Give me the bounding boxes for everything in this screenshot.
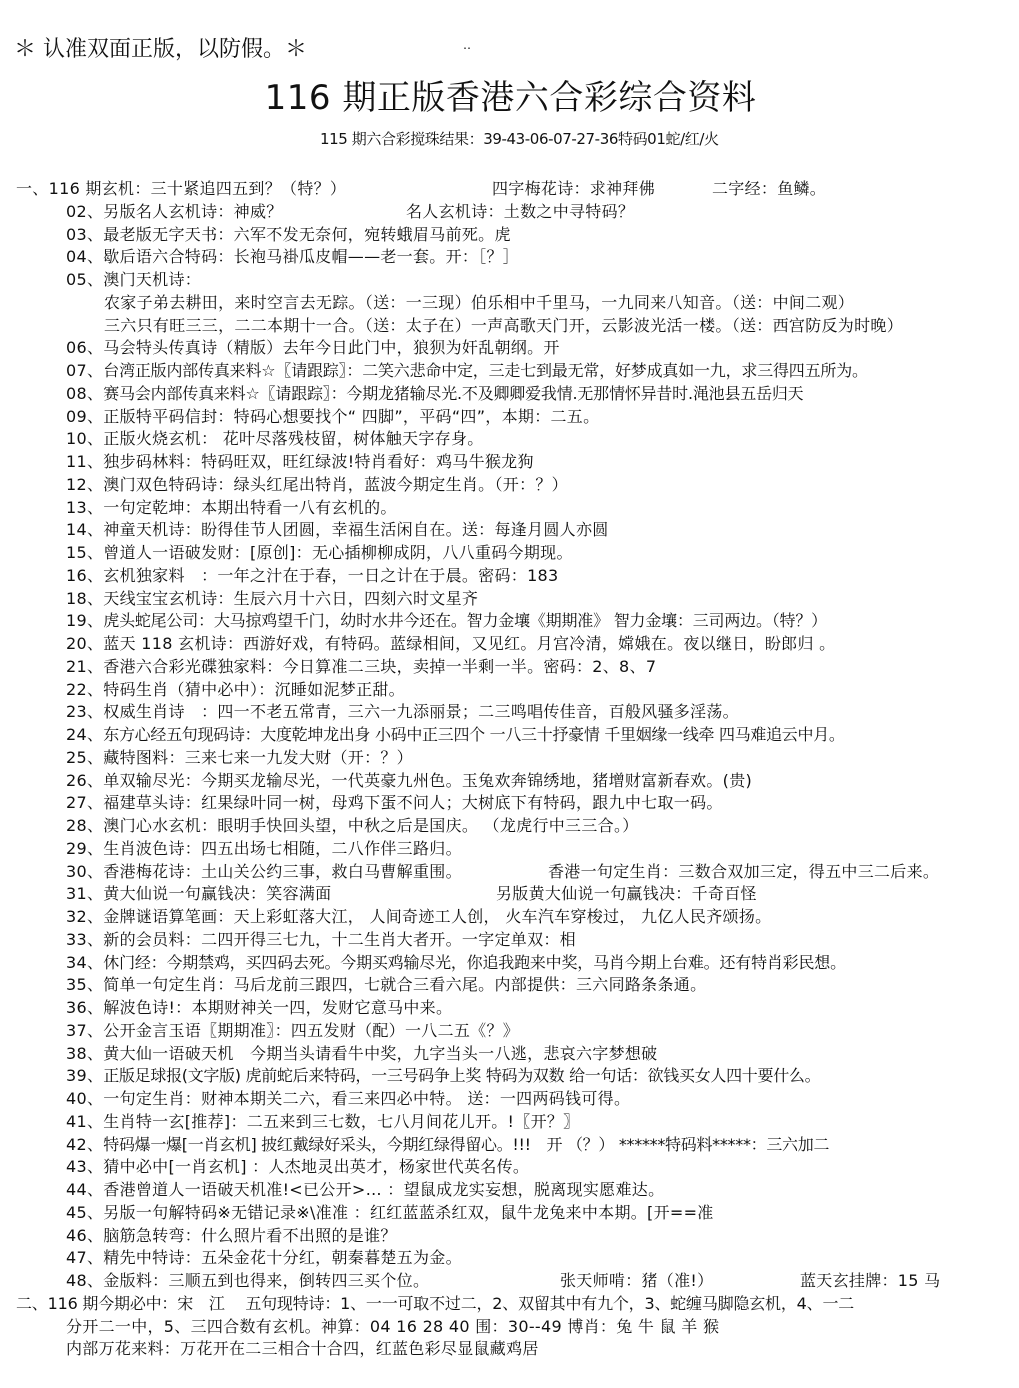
item-number: 07、: [66, 361, 103, 380]
list-item: 13、一句定乾坤：本期出特看一八有玄机的。: [0, 497, 1019, 520]
list-item: 45、另版一句解特码※无错记录※\准准 ：红红蓝蓝杀红双，鼠牛龙兔来中本期。[开…: [0, 1202, 1019, 1225]
list-item: 42、特码爆一爆[一肖玄机] 披红戴绿好采头，今期红绿得留心。!!! 开 （？）…: [0, 1134, 1019, 1157]
list-item: 06、马会特头传真诗（精版）去年今日此门中，狼狈为奸乱朝纲。开: [0, 337, 1019, 360]
content-body: 一、116 期玄机：三十紧追四五到？（特？） 四字梅花诗：求神拜佛 二字经：鱼鳞…: [0, 178, 1019, 1361]
item-text: 赛马会内部传真来料☆〖请跟踪〗：今期龙猪输尽光.不及卿卿爱我情.无那情怀异昔时.…: [103, 384, 803, 403]
list-item: 33、新的会员料：二四开得三七九，十二生肖大者开。一字定单双：相: [0, 929, 1019, 952]
item-number: 35、: [66, 975, 103, 994]
section-1-first-line: 一、116 期玄机：三十紧追四五到？（特？） 四字梅花诗：求神拜佛 二字经：鱼鳞…: [0, 178, 1019, 201]
item-number: 13、: [66, 498, 103, 517]
item-text: 最老版无字天书：六军不发无奈何，宛转蛾眉马前死。虎: [103, 225, 511, 244]
item-number: 41、: [66, 1112, 103, 1131]
item-text: 歇后语六合特码：长袍马褂瓜皮帽——老一套。开：［？］: [103, 247, 519, 266]
section-2-first-line: 二、116 期今期必中：宋 江 五句现特诗：1、一一可取不过二，2、双留其中有九…: [0, 1293, 1019, 1316]
list-item: 20、蓝天 118 玄机诗：西游好戏，有特码。蓝绿相间，又见红。月宫冷清，嫦娥在…: [0, 633, 1019, 656]
item-number: 24、: [66, 725, 103, 744]
item-extra: 张天师啃：猪（准!）: [560, 1270, 713, 1293]
last-draw-result: 115 期六合彩搅珠结果：39-43-06-07-27-36特码01蛇/红/火: [320, 128, 719, 149]
item-text: 一句定生肖：财神本期关二六，看三来四必中特。 送：一四两码钱可得。: [103, 1089, 630, 1108]
item-number: 45、: [66, 1203, 103, 1222]
item-text: 藏特图料：三来七来一九发大财（开：？）: [103, 748, 413, 767]
item-text: 天线宝宝玄机诗：生辰六月十六日，四刻六时文星齐: [103, 589, 478, 608]
item-text: 正版特平码信封：特码心想要找个“ 四脚”，平码“四”，本期：二五。: [103, 407, 599, 426]
list-item: 12、澳门双色特码诗：绿头红尾出特肖，蓝波今期定生肖。（开：？）: [0, 474, 1019, 497]
item-number: 27、: [66, 793, 103, 812]
item-number: 26、: [66, 771, 103, 790]
item-text: 香港梅花诗：土山关公约三事，救白马曹解重围。: [103, 862, 462, 881]
item-number: 18、: [66, 589, 103, 608]
item-number: 19、: [66, 611, 103, 630]
list-item: 23、权威生肖诗 ：四一不老五常青，三六一九添丽景；二三鸣唱传佳音，百般风骚多淫…: [0, 701, 1019, 724]
list-item: 03、最老版无字天书：六军不发无奈何，宛转蛾眉马前死。虎: [0, 224, 1019, 247]
decorative-dots: ‥: [463, 38, 471, 52]
item-extra: 另版黄大仙说一句赢钱决：千奇百怪: [496, 883, 757, 906]
item-text: 虎头蛇尾公司：大马掠鸡望千门，幼时水井今还在。智力金壤《期期准》 智力金壤：三司…: [103, 611, 827, 630]
item-text: 玄机独家料 ：一年之汁在于春，一日之计在于晨。密码：183: [103, 566, 558, 585]
item-number: 22、: [66, 680, 103, 699]
item-text: 另版一句解特码※无错记录※\准准 ：红红蓝蓝杀红双，鼠牛龙兔来中本期。[开==准: [103, 1203, 713, 1222]
list-item: 16、玄机独家料 ：一年之汁在于春，一日之计在于晨。密码：183: [0, 565, 1019, 588]
item-extra: 香港一句定生肖：三数合双加三定，得五中三二后来。: [548, 861, 939, 884]
item-number: 25、: [66, 748, 103, 767]
item-text: 神童天机诗：盼得佳节人团圆，幸福生活闲自在。送：每逢月圆人亦圆: [103, 520, 608, 539]
item-text: 特码爆一爆[一肖玄机] 披红戴绿好采头，今期红绿得留心。!!! 开 （？） **…: [103, 1135, 829, 1154]
list-item: 11、独步码林料：特码旺双，旺红绿波!特肖看好：鸡马牛猴龙狗: [0, 451, 1019, 474]
item-text: 生肖波色诗：四五出场七相随，二八作伴三路归。: [103, 839, 462, 858]
list-item: 25、藏特图料：三来七来一九发大财（开：？）: [0, 747, 1019, 770]
item-number: 15、: [66, 543, 103, 562]
item-number: 05、: [66, 270, 103, 289]
anti-counterfeit-notice: ＊ 认准双面正版，以防假。＊: [14, 32, 307, 63]
poem-line: 农家子弟去耕田，来时空言去无踪。（送：一三现）伯乐相中千里马，一九同来八知音。（…: [0, 292, 1019, 315]
item-number: 08、: [66, 384, 103, 403]
section-2-label: 二、: [16, 1294, 48, 1313]
list-item: 10、正版火烧玄机： 花叶尽落残枝留，树体触天字存身。: [0, 428, 1019, 451]
list-item: 41、生肖特一玄[推荐]：二五来到三七数，七八月间花儿开。!〖开？〗: [0, 1111, 1019, 1134]
item-text: 金版料：三顺五到也得来，倒转四三买个位。: [103, 1271, 429, 1290]
plum-blossom-poem: 四字梅花诗：求神拜佛: [492, 178, 655, 201]
item-text: 正版足球报(文字版) 虎前蛇后来特码，一三号码争上奖 特码为双数 给一句话：欲钱…: [103, 1066, 820, 1085]
page-title: 116 期正版香港六合彩综合资料: [0, 70, 1019, 119]
item-number: 32、: [66, 907, 103, 926]
item-text: 一句定乾坤：本期出特看一八有玄机的。: [103, 498, 396, 517]
item-number: 04、: [66, 247, 103, 266]
list-item: 09、正版特平码信封：特码心想要找个“ 四脚”，平码“四”，本期：二五。: [0, 406, 1019, 429]
item-text: 正版火烧玄机： 花叶尽落残枝留，树体触天字存身。: [103, 429, 483, 448]
list-item: 38、黄大仙一语破天机 今期当头请看牛中奖，九字当头一八逃，悲哀六字梦想破: [0, 1043, 1019, 1066]
item-text: 台湾正版内部传真来料☆〖请跟踪〗：二笑六悲命中定，三走七到最无常，好梦成真如一九…: [103, 361, 868, 380]
item-text: 另版名人玄机诗：神威？: [103, 202, 282, 221]
item-number: 36、: [66, 998, 103, 1017]
item-number: 10、: [66, 429, 103, 448]
list-item: 40、一句定生肖：财神本期关二六，看三来四必中特。 送：一四两码钱可得。: [0, 1088, 1019, 1111]
item-number: 12、: [66, 475, 103, 494]
item-text: 黄大仙一语破天机 今期当头请看牛中奖，九字当头一八逃，悲哀六字梦想破: [103, 1044, 657, 1063]
item-number: 29、: [66, 839, 103, 858]
item-text: 权威生肖诗 ：四一不老五常青，三六一九添丽景；二三鸣唱传佳音，百般风骚多淫荡。: [103, 702, 739, 721]
item-number: 09、: [66, 407, 103, 426]
list-item: 15、曾道人一语破发财：[原创]：无心插柳柳成阴，八八重码今期现。: [0, 542, 1019, 565]
item-number: 33、: [66, 930, 103, 949]
item-number: 47、: [66, 1248, 103, 1267]
issue-xuanji: 116 期玄机：三十紧追四五到？（特？）: [49, 179, 347, 198]
item-text: 黄大仙说一句赢钱决：笑容满面: [103, 884, 331, 903]
item-number: 14、: [66, 520, 103, 539]
item-number: 28、: [66, 816, 103, 835]
item-text: 解波色诗!：本期财神关一四，发财它意马中来。: [103, 998, 452, 1017]
two-char-classic: 二字经：鱼鳞。: [712, 178, 826, 201]
item-number: 02、: [66, 202, 103, 221]
list-item: 04、歇后语六合特码：长袍马褂瓜皮帽——老一套。开：［？］: [0, 246, 1019, 269]
list-item: 26、单双输尽光：今期买龙输尽光，一代英豪九州色。玉兔欢奔锦绣地，猪增财富新春欢…: [0, 770, 1019, 793]
item-number: 03、: [66, 225, 103, 244]
list-item: 29、生肖波色诗：四五出场七相随，二八作伴三路归。: [0, 838, 1019, 861]
item-text: 澳门天机诗：: [103, 270, 201, 289]
list-item: 36、解波色诗!：本期财神关一四，发财它意马中来。: [0, 997, 1019, 1020]
section-2-text: 116 期今期必中：宋 江 五句现特诗：1、一一可取不过二，2、双留其中有九个，…: [48, 1294, 854, 1313]
list-item: 27、福建草头诗：红果绿叶同一树，母鸡下蛋不问人；大树底下有特码，跟九中七取一码…: [0, 792, 1019, 815]
item-text: 金牌谜语算笔画：天上彩虹落大江， 人间奇迹工人创， 火车汽车穿梭过， 九亿人民齐…: [103, 907, 771, 926]
list-item: 28、澳门心水玄机：眼明手快回头望，中秋之后是国庆。 （龙虎行中三三合。）: [0, 815, 1019, 838]
item-text: 新的会员料：二四开得三七九，十二生肖大者开。一字定单双：相: [103, 930, 576, 949]
list-item: 48、金版料：三顺五到也得来，倒转四三买个位。张天师啃：猪（准!）蓝天玄挂牌：1…: [0, 1270, 1019, 1293]
list-item: 30、香港梅花诗：土山关公约三事，救白马曹解重围。香港一句定生肖：三数合双加三定…: [0, 861, 1019, 884]
list-item: 46、脑筋急转弯：什么照片看不出照的是谁？: [0, 1225, 1019, 1248]
item-number: 11、: [66, 452, 103, 471]
section-1-label: 一、: [16, 179, 49, 198]
list-item: 22、特码生肖（猜中必中）：沉睡如泥梦正甜。: [0, 679, 1019, 702]
item-text: 猜中必中[一肖玄机] ：人杰地灵出英才，杨家世代英名传。: [103, 1157, 529, 1176]
list-item: 18、天线宝宝玄机诗：生辰六月十六日，四刻六时文星齐: [0, 588, 1019, 611]
list-item: 08、赛马会内部传真来料☆〖请跟踪〗：今期龙猪输尽光.不及卿卿爱我情.无那情怀异…: [0, 383, 1019, 406]
item-text: 休门经：今期禁鸡，买四码去死。今期买鸡输尽光，你追我跑来中奖，马肖今期上台难。还…: [103, 953, 846, 972]
item-number: 30、: [66, 862, 103, 881]
item-number: 21、: [66, 657, 103, 676]
item-number: 43、: [66, 1157, 103, 1176]
item-text: 香港六合彩光碟独家料：今日算准二三块，卖掉一半剩一半。密码：2、8、7: [103, 657, 656, 676]
section-2-line: 内部万花来料：万花开在二三相合十合四，红蓝色彩尽显鼠藏鸡居: [0, 1338, 1019, 1361]
item-number: 46、: [66, 1226, 103, 1245]
item-extra: 蓝天玄挂牌：15 马: [800, 1270, 940, 1293]
section-2-line: 分开二一中，5、三四合数有玄机。神算：04 16 28 40 围：30--49 …: [0, 1316, 1019, 1339]
item-text: 独步码林料：特码旺双，旺红绿波!特肖看好：鸡马牛猴龙狗: [103, 452, 534, 471]
item-number: 23、: [66, 702, 103, 721]
list-item: 31、黄大仙说一句赢钱决：笑容满面另版黄大仙说一句赢钱决：千奇百怪: [0, 883, 1019, 906]
list-item: 14、神童天机诗：盼得佳节人团圆，幸福生活闲自在。送：每逢月圆人亦圆: [0, 519, 1019, 542]
item-text: 精先中特诗：五朵金花十分红，朝秦暮楚五为金。: [103, 1248, 462, 1267]
list-item: 05、澳门天机诗：: [0, 269, 1019, 292]
list-item: 02、另版名人玄机诗：神威？名人玄机诗：土数之中寻特码？: [0, 201, 1019, 224]
item-number: 20、: [66, 634, 103, 653]
item-text: 简单一句定生肖：马后龙前三跟四，七就合三看六尾。内部提供：三六同路条条通。: [103, 975, 706, 994]
item-number: 39、: [66, 1066, 103, 1085]
item-text: 东方心经五句现码诗：大度乾坤龙出身 小码中正三四个 一八三十抒豪情 千里姻缘一线…: [103, 725, 844, 744]
poem-line: 三六只有旺三三，二二本期十一合。（送：太子在）一声高歌天门开，云影波光活一楼。（…: [0, 315, 1019, 338]
item-number: 34、: [66, 953, 103, 972]
list-item: 21、香港六合彩光碟独家料：今日算准二三块，卖掉一半剩一半。密码：2、8、7: [0, 656, 1019, 679]
list-item: 39、正版足球报(文字版) 虎前蛇后来特码，一三号码争上奖 特码为双数 给一句话…: [0, 1065, 1019, 1088]
list-item: 07、台湾正版内部传真来料☆〖请跟踪〗：二笑六悲命中定，三走七到最无常，好梦成真…: [0, 360, 1019, 383]
item-extra: 名人玄机诗：土数之中寻特码？: [406, 201, 634, 224]
item-text: 蓝天 118 玄机诗：西游好戏，有特码。蓝绿相间，又见红。月宫冷清，嫦娥在。夜以…: [103, 634, 835, 653]
item-number: 31、: [66, 884, 103, 903]
item-text: 澳门双色特码诗：绿头红尾出特肖，蓝波今期定生肖。（开：？）: [103, 475, 568, 494]
item-number: 40、: [66, 1089, 103, 1108]
item-text: 曾道人一语破发财：[原创]：无心插柳柳成阴，八八重码今期现。: [103, 543, 573, 562]
item-text: 生肖特一玄[推荐]：二五来到三七数，七八月间花儿开。!〖开？〗: [103, 1112, 579, 1131]
item-text: 单双输尽光：今期买龙输尽光，一代英豪九州色。玉兔欢奔锦绣地，猪增财富新春欢。(贵…: [103, 771, 752, 790]
item-text: 香港曾道人一语破天机准!<已公开>… ：望鼠成龙实妄想，脱离现实愿难达。: [103, 1180, 664, 1199]
list-item: 24、东方心经五句现码诗：大度乾坤龙出身 小码中正三四个 一八三十抒豪情 千里姻…: [0, 724, 1019, 747]
item-number: 06、: [66, 338, 103, 357]
item-number: 37、: [66, 1021, 103, 1040]
item-text: 公开金言玉语〖期期准〗：四五发财（配）一八二五《？》: [103, 1021, 519, 1040]
list-item: 43、猜中必中[一肖玄机] ：人杰地灵出英才，杨家世代英名传。: [0, 1156, 1019, 1179]
list-item: 35、简单一句定生肖：马后龙前三跟四，七就合三看六尾。内部提供：三六同路条条通。: [0, 974, 1019, 997]
list-item: 32、金牌谜语算笔画：天上彩虹落大江， 人间奇迹工人创， 火车汽车穿梭过， 九亿…: [0, 906, 1019, 929]
list-item: 44、香港曾道人一语破天机准!<已公开>… ：望鼠成龙实妄想，脱离现实愿难达。: [0, 1179, 1019, 1202]
list-item: 37、公开金言玉语〖期期准〗：四五发财（配）一八二五《？》: [0, 1020, 1019, 1043]
item-number: 38、: [66, 1044, 103, 1063]
item-text: 特码生肖（猜中必中）：沉睡如泥梦正甜。: [103, 680, 405, 699]
item-text: 马会特头传真诗（精版）去年今日此门中，狼狈为奸乱朝纲。开: [103, 338, 559, 357]
item-number: 44、: [66, 1180, 103, 1199]
item-number: 42、: [66, 1135, 103, 1154]
list-item: 34、休门经：今期禁鸡，买四码去死。今期买鸡输尽光，你追我跑来中奖，马肖今期上台…: [0, 952, 1019, 975]
list-item: 47、精先中特诗：五朵金花十分红，朝秦暮楚五为金。: [0, 1247, 1019, 1270]
item-text: 福建草头诗：红果绿叶同一树，母鸡下蛋不问人；大树底下有特码，跟九中七取一码。: [103, 793, 722, 812]
item-text: 脑筋急转弯：什么照片看不出照的是谁？: [103, 1226, 396, 1245]
item-number: 16、: [66, 566, 103, 585]
item-number: 48、: [66, 1271, 103, 1290]
item-text: 澳门心水玄机：眼明手快回头望，中秋之后是国庆。 （龙虎行中三三合。）: [103, 816, 638, 835]
list-item: 19、虎头蛇尾公司：大马掠鸡望千门，幼时水井今还在。智力金壤《期期准》 智力金壤…: [0, 610, 1019, 633]
